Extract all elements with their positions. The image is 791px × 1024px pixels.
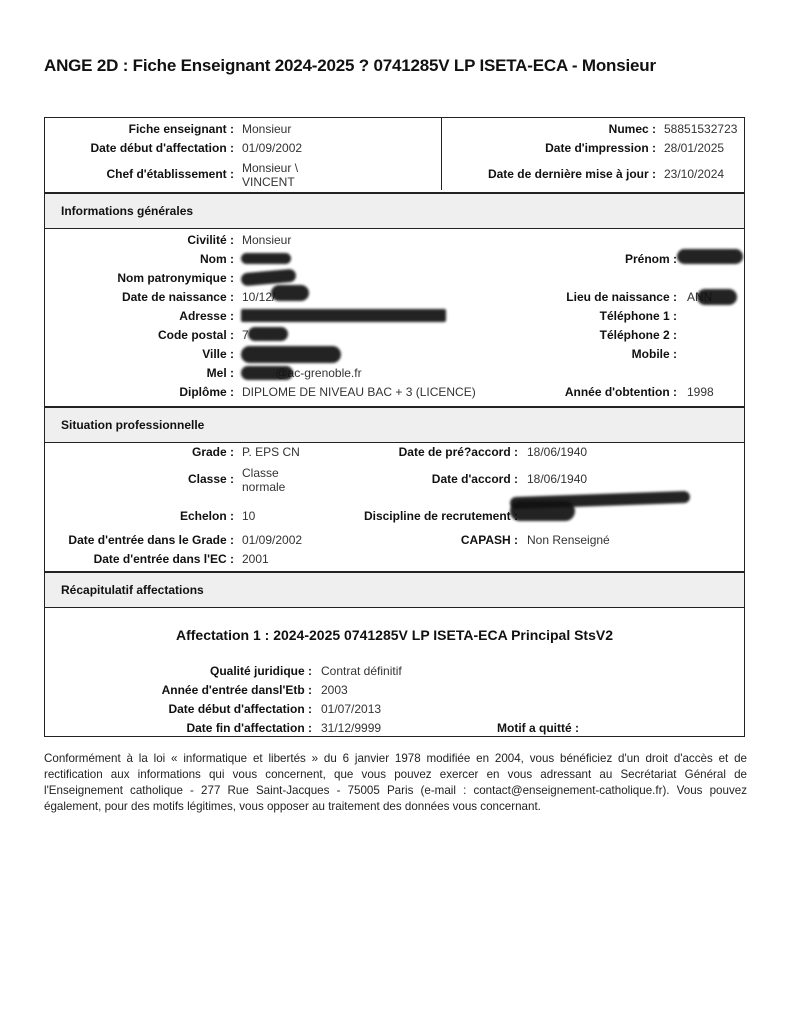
field-value: Monsieur <box>242 231 291 250</box>
field-value: 1998 <box>687 383 714 402</box>
field-value: 2001 <box>242 550 269 569</box>
field-label: CAPASH : <box>278 531 518 550</box>
field-value: Contrat définitif <box>321 662 402 681</box>
section-header-professional: Situation professionnelle <box>45 406 744 443</box>
field-label: Année d'obtention : <box>437 383 677 402</box>
redaction-mark <box>241 253 291 264</box>
field-value: 18/06/1940 <box>527 470 587 489</box>
field-label: Grade : <box>45 443 234 462</box>
field-value: 18/06/1940 <box>527 443 587 462</box>
field-label: Mobile : <box>437 345 677 364</box>
redaction-mark <box>271 285 309 301</box>
field-label: Téléphone 1 : <box>437 307 677 326</box>
redaction-mark <box>697 289 737 305</box>
field-label: Civilité : <box>45 231 234 250</box>
redaction-mark <box>677 249 743 264</box>
redaction-mark <box>241 366 293 380</box>
field-label: Date de pré?accord : <box>278 443 518 462</box>
field-label: Date fin d'affectation : <box>112 719 312 738</box>
field-label: Date début d'affectation : <box>112 700 312 719</box>
teacher-record-form: Fiche enseignant : Monsieur Date début d… <box>44 117 745 737</box>
field-label: Code postal : <box>45 326 234 345</box>
field-value: 01/07/2013 <box>321 700 381 719</box>
field-label: Discipline de recrutement : <box>278 507 518 526</box>
redaction-mark <box>248 327 288 341</box>
section-header-general: Informations générales <box>45 192 744 229</box>
field-value: Non Renseigné <box>527 531 610 550</box>
field-value: 31/12/9999 <box>321 719 381 738</box>
field-label: Téléphone 2 : <box>437 326 677 345</box>
field-label: Ville : <box>45 345 234 364</box>
redaction-mark <box>241 309 446 322</box>
field-label: Année d'entrée dansl'Etb : <box>112 681 312 700</box>
assignment-title: Affectation 1 : 2024-2025 0741285V LP IS… <box>45 627 744 643</box>
field-label: Date d'accord : <box>278 470 518 489</box>
field-label: Date d'entrée dans le Grade : <box>45 531 234 550</box>
field-label: Classe : <box>45 470 234 489</box>
redaction-mark <box>510 501 575 521</box>
field-label: Date d'entrée dans l'EC : <box>45 550 234 569</box>
field-label: Adresse : <box>45 307 234 326</box>
section-header-assignments: Récapitulatif affectations <box>45 571 744 608</box>
field-label: Prénom : <box>437 250 677 269</box>
field-label: Lieu de naissance : <box>437 288 677 307</box>
field-label: Mel : <box>45 364 234 383</box>
privacy-notice: Conformément à la loi « informatique et … <box>44 751 747 815</box>
field-label: Qualité juridique : <box>112 662 312 681</box>
field-label: Nom patronymique : <box>45 269 234 288</box>
redaction-mark <box>241 346 341 363</box>
field-label: Date de naissance : <box>45 288 234 307</box>
record-header: Fiche enseignant : Monsieur Date début d… <box>45 118 744 190</box>
field-value: 2003 <box>321 681 348 700</box>
field-label: Diplôme : <box>45 383 234 402</box>
page-title: ANGE 2D : Fiche Enseignant 2024-2025 ? 0… <box>44 56 656 76</box>
field-label: Nom : <box>45 250 234 269</box>
field-value: 10 <box>242 507 255 526</box>
field-label: Echelon : <box>45 507 234 526</box>
